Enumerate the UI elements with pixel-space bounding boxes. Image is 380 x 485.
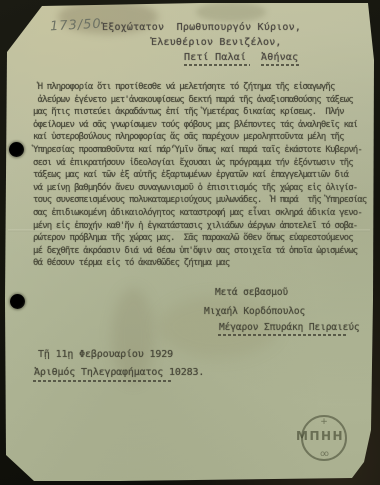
stamp-cross-icon: + bbox=[320, 417, 328, 427]
paper-stain bbox=[196, 2, 266, 22]
letter-body: Ἡ πληροφορία ὅτι προτίθεσθε νά μελετήσητ… bbox=[33, 81, 369, 270]
body-line: τάξεως μας καί τῶν ἐξ αὐτῆς ἐξαρτωμένων … bbox=[33, 169, 369, 182]
recipient-city: Ἀθήνας bbox=[261, 52, 298, 63]
archive-number: 173/50 bbox=[50, 17, 102, 35]
stamp-base-circles: oo bbox=[320, 449, 328, 458]
body-line: νά μείνῃ βαθμηδόν ἄνευ συναγωνισμοῦ ὁ ἐπ… bbox=[33, 182, 369, 195]
body-line: μένη εἰς ἐποχήν καθ'ἥν ἡ ἐγκατάστασις χι… bbox=[33, 220, 369, 233]
body-line: μέ δεχθῆτε ἀκρόασιν διά νά θέσω ὑπ'ὄψιν … bbox=[33, 245, 369, 258]
body-line: ρώτερον πρόβλημα τῆς χώρας μας. Σᾶς παρα… bbox=[33, 232, 369, 245]
typed-underline bbox=[218, 334, 347, 336]
signature-name: Μιχαήλ Κορδόπουλος bbox=[204, 306, 305, 317]
archive-stamp-icon: + ΜΠΗΗ oo bbox=[301, 415, 347, 461]
typed-underline bbox=[33, 380, 173, 382]
recipient-title: Ἐξοχώτατον Πρωθυπουργόν Κύριον, bbox=[102, 22, 301, 33]
body-line: θά θέσουν τέρμα εἰς τό ἀκανθῶδες ζήτημα … bbox=[33, 257, 369, 270]
body-line: Ὑπηρεσίας προσπαθοῦντα καί πάρ'Ὑμῖν ὅπως… bbox=[33, 144, 369, 157]
recipient-location: Πετί Παλαί bbox=[184, 52, 246, 63]
telegram-paper: 173/50 Ἐξοχώτατον Πρωθυπουργόν Κύριον, Ἐ… bbox=[0, 0, 380, 485]
telegram-number-line: Ἀριθμός Τηλεγραφήματος 10283. bbox=[34, 367, 204, 378]
body-line: ὀφείλομεν νά σᾶς γνωρίσωμεν τούς φόβους … bbox=[33, 119, 369, 132]
closing-salutation: Μετά σεβασμοῦ bbox=[215, 287, 288, 298]
signature-address: Μέγαρον Σπυράκη Πειραιεύς bbox=[219, 322, 360, 333]
body-line: ἀλεύρων ἐγένετο μετ'ἀνακουφίσεως δεκτή π… bbox=[33, 94, 369, 107]
stamp-monogram: ΜΠΗΗ bbox=[296, 429, 344, 443]
punch-hole bbox=[10, 294, 25, 309]
body-line: τους συνεσπεισμένους πολυκαταμεριούχους … bbox=[33, 194, 369, 207]
body-line: καί ὑστεροβούλους πληροφορίας ἅς σᾶς παρ… bbox=[33, 131, 369, 144]
recipient-name: Ἐλευθέριον Βενιζέλον, bbox=[151, 37, 282, 48]
date-line: Τῇ 11ῃ Φεβρουαρίου 1929 bbox=[38, 349, 173, 360]
body-line: Ἡ πληροφορία ὅτι προτίθεσθε νά μελετήσητ… bbox=[33, 81, 369, 94]
scanned-document: 173/50 Ἐξοχώτατον Πρωθυπουργόν Κύριον, Ἐ… bbox=[0, 0, 380, 485]
typed-underline bbox=[184, 64, 250, 66]
body-line: σας ἐπιδιωκομένη ἀδικαιολόγητος καταστρο… bbox=[33, 207, 369, 220]
typed-underline bbox=[261, 64, 301, 66]
body-line: σεσι νά ἐπικρατήσουν ἰδεολογίαι ἔχουσαι … bbox=[33, 157, 369, 170]
punch-hole bbox=[9, 142, 24, 157]
body-line: μας ἥτις πιστεύει ἀκραδάντως ἐπί τῆς Ὑμε… bbox=[33, 106, 369, 119]
